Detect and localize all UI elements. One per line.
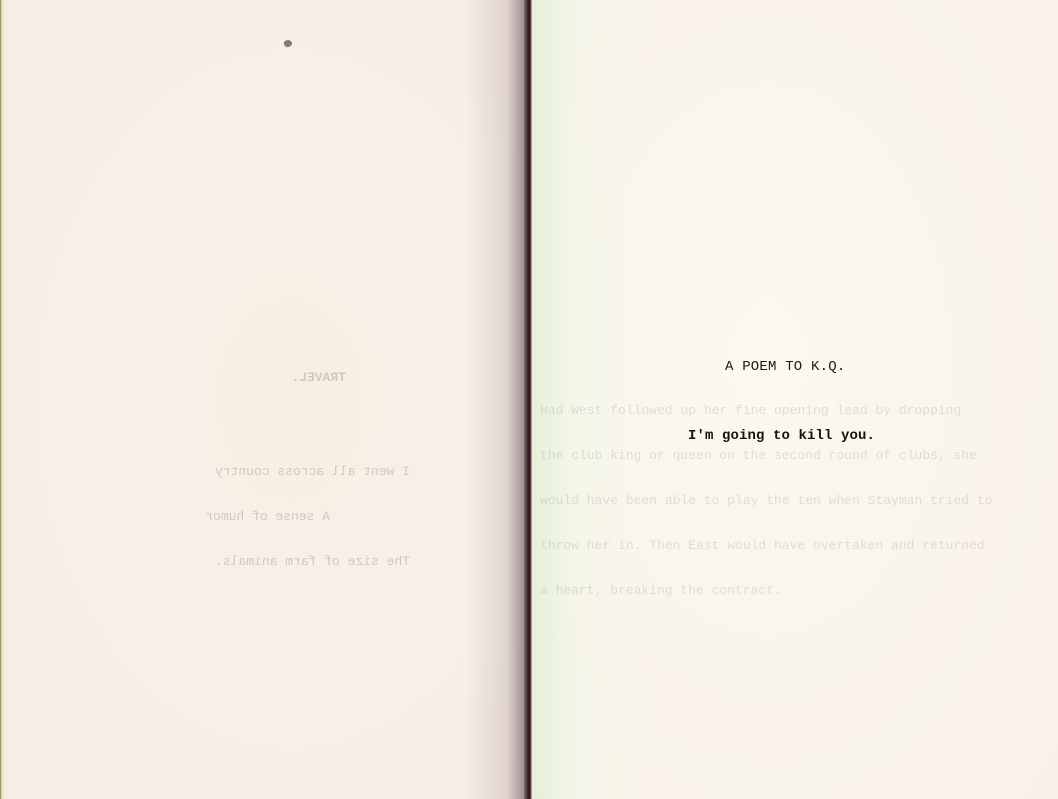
left-showthrough-text: TRAVEL. I went all across country A sens… xyxy=(150,340,410,599)
showthrough-line: The size of farm animals. xyxy=(150,554,410,569)
showthrough-line: A sense of humor xyxy=(150,509,410,524)
right-showthrough-text: Had West followed up her fine opening le… xyxy=(540,373,992,628)
book-spread: TRAVEL. I went all across country A sens… xyxy=(0,0,1058,799)
poem-body: I'm going to kill you. xyxy=(688,428,875,444)
left-page: TRAVEL. I went all across country A sens… xyxy=(0,0,528,799)
showthrough-line: throw her in. Then East would have overt… xyxy=(540,538,992,553)
paper-speck xyxy=(283,39,293,48)
showthrough-line: a heart, breaking the contract. xyxy=(540,583,992,598)
showthrough-line: would have been able to play the ten whe… xyxy=(540,493,992,508)
showthrough-line: Had West followed up her fine opening le… xyxy=(540,403,992,418)
page-edge xyxy=(0,0,7,799)
right-page: Had West followed up her fine opening le… xyxy=(530,0,1058,799)
book-gutter xyxy=(524,0,532,799)
showthrough-line: the club king or queen on the second rou… xyxy=(540,448,992,463)
showthrough-title: TRAVEL. xyxy=(150,370,410,385)
showthrough-line: I went all across country xyxy=(150,464,410,479)
poem-title: A POEM TO K.Q. xyxy=(725,359,845,375)
